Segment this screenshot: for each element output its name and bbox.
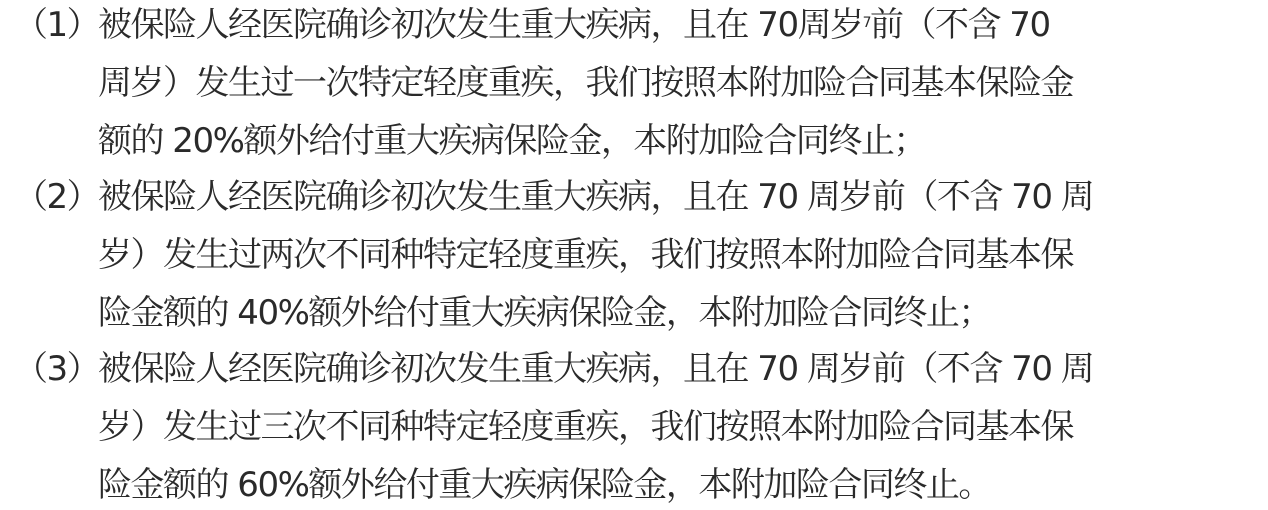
clause-text: 前（不含 70 (870, 5, 1050, 45)
clause-line: 周岁）发生过一次特定轻度重疾，我们按照本附加险合同基本保险金 (98, 62, 1073, 104)
clause-number: （1） (14, 4, 99, 46)
clause-text: 被保险人经医院确诊初次发生重大疾病，且在 70周岁 (98, 5, 863, 45)
clause-number: （3） (14, 348, 99, 390)
clause-line: 被保险人经医院确诊初次发生重大疾病，且在 70周岁7前（不含 70 (98, 4, 1050, 46)
clause-line: 被保险人经医院确诊初次发生重大疾病，且在 70 周岁前（不含 70 周 (98, 348, 1093, 390)
clause-line: 险金额的 40%额外给付重大疾病保险金，本附加险合同终止； (98, 292, 991, 334)
clause-line: 岁）发生过三次不同种特定轻度重疾，我们按照本附加险合同基本保 (98, 406, 1073, 448)
clause-line: 额的 20%额外给付重大疾病保险金，本附加险合同终止； (98, 120, 926, 162)
footnote-marker[interactable]: 7 (863, 15, 870, 31)
clause-number: （2） (14, 176, 99, 218)
clause-line: 险金额的 60%额外给付重大疾病保险金，本附加险合同终止。 (98, 464, 991, 506)
document-page: （1） 被保险人经医院确诊初次发生重大疾病，且在 70周岁7前（不含 70 周岁… (0, 0, 1268, 510)
clause-line: 岁）发生过两次不同种特定轻度重疾，我们按照本附加险合同基本保 (98, 234, 1073, 276)
clause-line: 被保险人经医院确诊初次发生重大疾病，且在 70 周岁前（不含 70 周 (98, 176, 1093, 218)
